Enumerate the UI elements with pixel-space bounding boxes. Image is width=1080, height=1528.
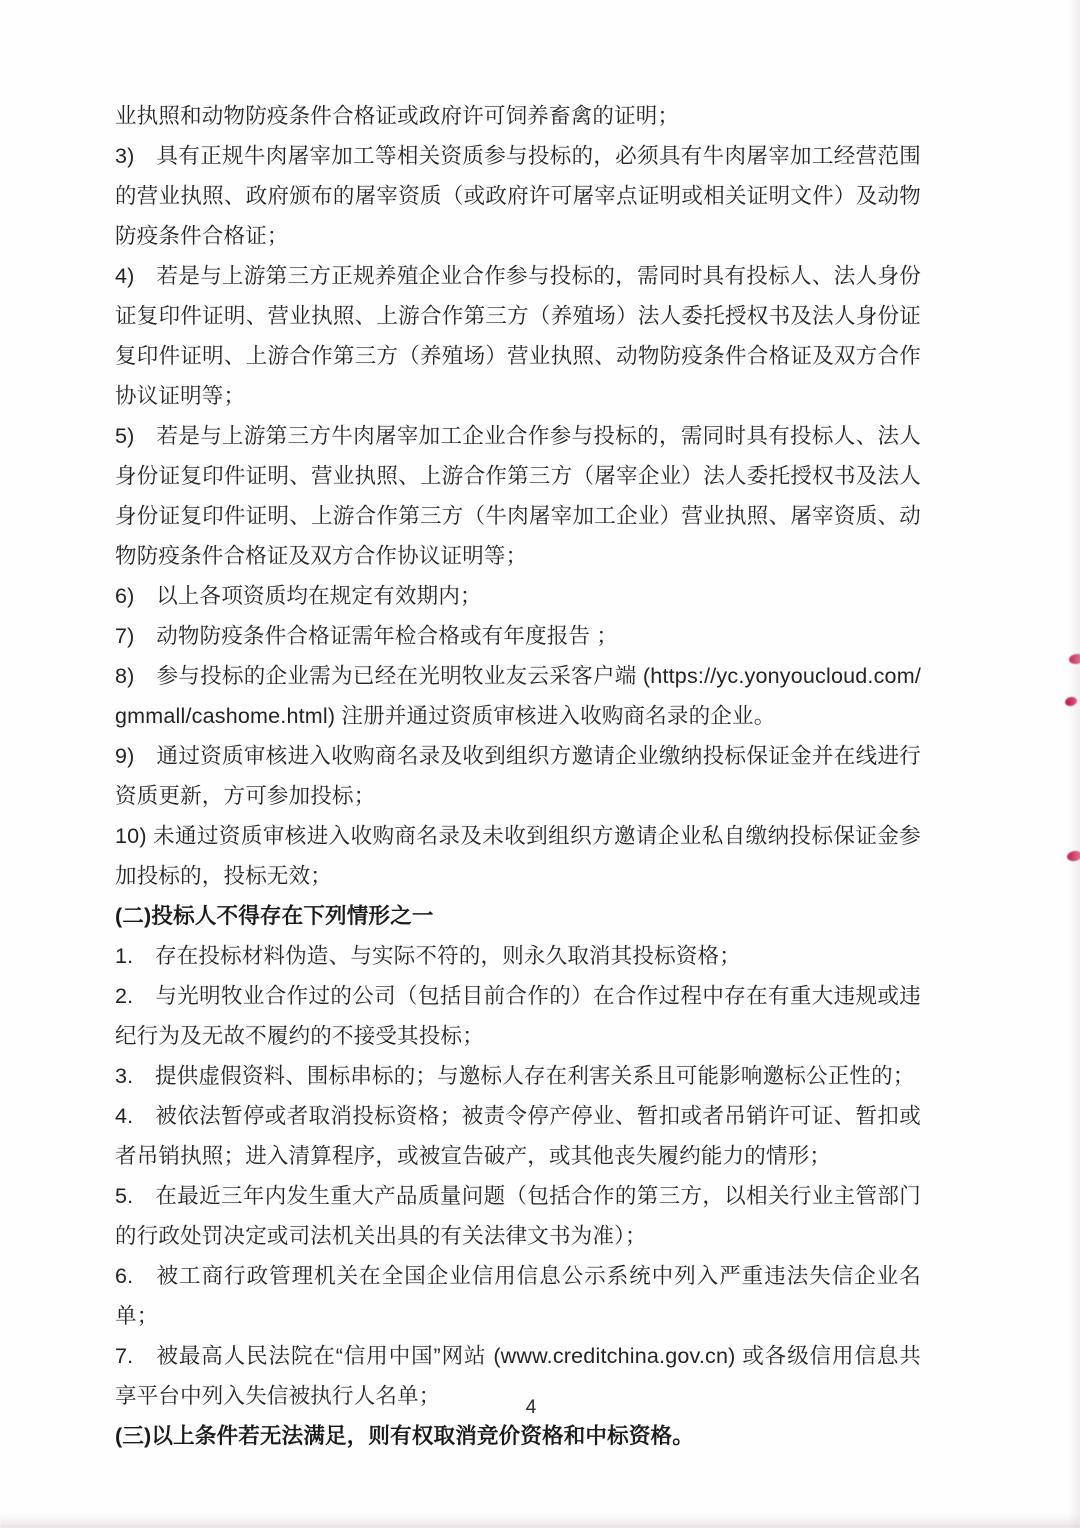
clause-5: 5. 在最近三年内发生重大产品质量问题（包括合作的第三方，以相关行业主管部门的行… [115, 1176, 921, 1256]
document-text-block: 业执照和动物防疫条件合格证或政府许可饲养畜禽的证明； 3) 具有正规牛肉屠宰加工… [115, 96, 921, 1456]
section-3-heading: (三)以上条件若无法满足，则有权取消竞价资格和中标资格。 [115, 1416, 921, 1456]
clause-4: 4. 被依法暂停或者取消投标资格；被责令停产停业、暂扣或者吊销许可证、暂扣或者吊… [115, 1096, 921, 1176]
red-annotation-dot-1 [1068, 653, 1080, 665]
clause-1: 1. 存在投标材料伪造、与实际不符的，则永久取消其投标资格； [115, 936, 921, 976]
item-8: 8) 参与投标的企业需为已经在光明牧业友云采客户端 (https://yc.yo… [115, 656, 921, 736]
item-4: 4) 若是与上游第三方正规养殖企业合作参与投标的，需同时具有投标人、法人身份证复… [115, 256, 921, 416]
scan-edge-bottom-shade [0, 1512, 1080, 1528]
item-10: 10) 未通过资质审核进入收购商名录及未收到组织方邀请企业私自缴纳投标保证金参加… [115, 816, 921, 896]
continued-line: 业执照和动物防疫条件合格证或政府许可饲养畜禽的证明； [115, 96, 921, 136]
item-6: 6) 以上各项资质均在规定有效期内； [115, 576, 921, 616]
clause-3: 3. 提供虚假资料、围标串标的；与邀标人存在利害关系且可能影响邀标公正性的； [115, 1056, 921, 1096]
red-annotation-dot-3 [1066, 850, 1080, 862]
item-5: 5) 若是与上游第三方牛肉屠宰加工企业合作参与投标的，需同时具有投标人、法人身份… [115, 416, 921, 576]
clause-6: 6. 被工商行政管理机关在全国企业信用信息公示系统中列入严重违法失信企业名单； [115, 1256, 921, 1336]
item-3: 3) 具有正规牛肉屠宰加工等相关资质参与投标的，必须具有牛肉屠宰加工经营范围的营… [115, 136, 921, 256]
item-9: 9) 通过资质审核进入收购商名录及收到组织方邀请企业缴纳投标保证金并在线进行资质… [115, 736, 921, 816]
scan-edge-right-shade [1068, 0, 1080, 1528]
section-2-heading: (二)投标人不得存在下列情形之一 [115, 896, 921, 936]
item-7: 7) 动物防疫条件合格证需年检合格或有年度报告 ； [115, 616, 921, 656]
clause-2: 2. 与光明牧业合作过的公司（包括目前合作的）在合作过程中存在有重大违规或违纪行… [115, 976, 921, 1056]
red-annotation-dot-2 [1064, 696, 1078, 708]
scanned-document-page: 业执照和动物防疫条件合格证或政府许可饲养畜禽的证明； 3) 具有正规牛肉屠宰加工… [0, 0, 1080, 1528]
page-number: 4 [0, 1396, 1062, 1420]
